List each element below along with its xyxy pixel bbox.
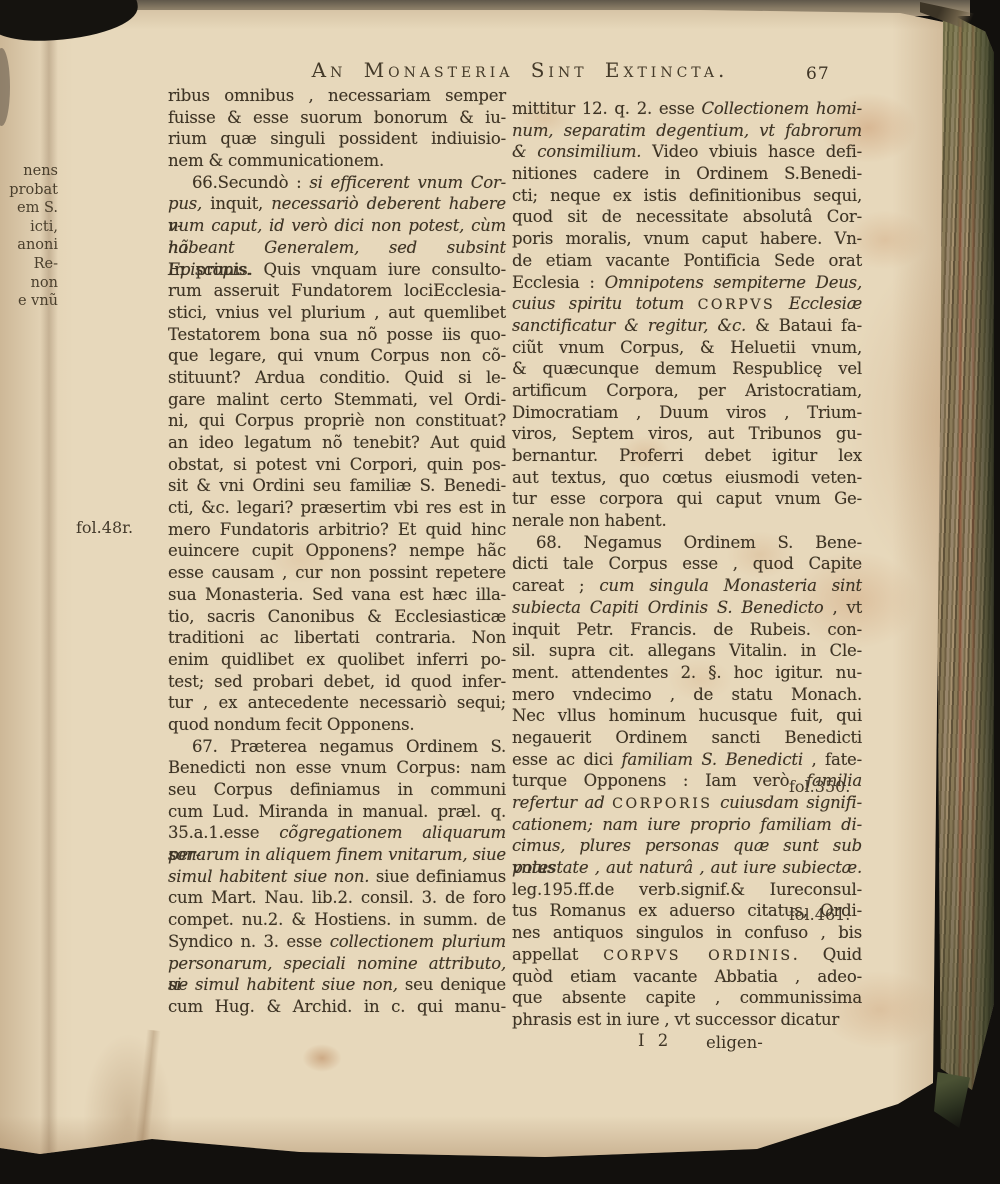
text-line: Ecclesia : Omnipotens sempiterne Deus, (512, 272, 862, 294)
text-line: subiecta Capiti Ordinis S. Benedicto , v… (512, 597, 862, 619)
text-line: mero Fundatoris arbitrio? Et quid hinc (168, 519, 506, 541)
text-line: leg.195.ff.de verb.signif.& Iureconsul- (512, 879, 862, 901)
text-line: personarum, speciali nomine attributo, s… (168, 953, 506, 975)
book-page: An Monasteria Sint Extincta. 67 ribus om… (0, 0, 952, 1162)
text-line: nerale non habent. (512, 510, 862, 532)
margin-note-fol461: fol.461. (789, 905, 850, 924)
text-line: nens (0, 162, 58, 181)
text-line: sit & vni Ordini seu familiæ S. Benedi- (168, 475, 506, 497)
text-line: 35.a.1.esse cõgregationem aliquarum per- (168, 822, 506, 844)
text-line: tur esse corpora qui caput vnum Ge- (512, 488, 862, 510)
text-line: poris moralis, vnum caput habere. Vn- (512, 228, 862, 250)
book-fore-edge (936, 10, 994, 1090)
page-number: 67 (806, 64, 830, 84)
text-line: an ideo legatum nõ tenebit? Aut quid (168, 432, 506, 454)
text-line: quod sit de necessitate absolutâ Cor- (512, 206, 862, 228)
text-line: de etiam vacante Pontificia Sede orat (512, 250, 862, 272)
text-line: e vnũ (0, 292, 58, 311)
text-line: & quæcunque demum Respublicę vel (512, 358, 862, 380)
text-line: num caput, id verò dici non potest, cùm … (168, 215, 506, 237)
text-line: cti, &c. legari? præsertim vbi res est i… (168, 497, 506, 519)
catchword: eligen- (706, 1033, 763, 1052)
text-line: inquit Petr. Francis. de Rubeis. con- (512, 619, 862, 641)
gutter-margin-fragments: nensprobatem S.icti,anoniRe-none vnũ (0, 162, 58, 311)
text-line: que absente capite , communissima (512, 987, 862, 1009)
text-line: enim quidlibet ex quolibet inferri po- (168, 649, 506, 671)
text-line: ni, qui Corpus propriè non constituat? (168, 410, 506, 432)
text-line: artificum Corpora, per Aristocratiam, (512, 380, 862, 402)
text-line: traditioni ac libertati contraria. Non (168, 627, 506, 649)
text-line: Syndico n. 3. esse collectionem plurium (168, 931, 506, 953)
text-line: In primis. Quis vnquam iure consulto- (168, 259, 506, 281)
running-header: An Monasteria Sint Extincta. (250, 58, 790, 82)
text-line: obstat, si potest vni Corpori, quin pos- (168, 454, 506, 476)
text-line: anoni (0, 236, 58, 255)
text-line: rum asseruit Fundatorem lociEcclesia- (168, 280, 506, 302)
text-line: mittitur 12. q. 2. esse Collectionem hom… (512, 98, 862, 120)
text-line: 66.Secundò : si efficerent vnum Cor- (168, 172, 506, 194)
text-line: quòd etiam vacante Abbatia , adeo- (512, 966, 862, 988)
text-line: stici, vnius vel plurium , aut quemlibet (168, 302, 506, 324)
text-line: esse causam , cur non possint repetere (168, 562, 506, 584)
text-line: dicti tale Corpus esse , quod Capite (512, 553, 862, 575)
text-line: 68. Negamus Ordinem S. Bene- (512, 532, 862, 554)
text-line: non (0, 274, 58, 293)
text-line: cum Mart. Nau. lib.2. consil. 3. de foro (168, 887, 506, 909)
text-line: quod nondum fecit Opponens. (168, 714, 506, 736)
text-line: cimus, plures personas quæ sunt sub vniu… (512, 835, 862, 857)
text-line: Re- (0, 255, 58, 274)
text-line: gare malint certo Stemmati, vel Ordi- (168, 389, 506, 411)
text-line: ment. attendentes 2. §. hoc igitur. nu- (512, 662, 862, 684)
text-line: tio, sacris Canonibus & Ecclesiasticæ (168, 606, 506, 628)
text-line: sonarum in aliquem finem vnitarum, siue (168, 844, 506, 866)
text-line: sanctificatur & regitur, &c. & Bataui fa… (512, 315, 862, 337)
text-line: nes antiquos singulos in confuso , bis (512, 922, 862, 944)
margin-note-fol48: fol.48r. (76, 518, 133, 537)
text-line: compet. nu.2. & Hostiens. in summ. de (168, 909, 506, 931)
text-line: aut textus, quo cœtus eiusmodi veten- (512, 467, 862, 489)
text-line: phrasis est in iure , vt successor dicat… (512, 1009, 862, 1031)
text-line: habeant Generalem, sed subsint Episcopis… (168, 237, 506, 259)
fore-edge-bottom-corner (934, 1072, 970, 1128)
text-line: & consimilium. Video vbiuis hasce defi- (512, 141, 862, 163)
text-line: rium quæ singuli possident indiuisio- (168, 128, 506, 150)
text-line: cum Lud. Miranda in manual. præl. q. (168, 801, 506, 823)
text-line: bernantur. Proferri debet igitur lex (512, 445, 862, 467)
text-line: Benedicti non esse vnum Corpus: nam (168, 757, 506, 779)
text-line: 67. Præterea negamus Ordinem S. (168, 736, 506, 758)
text-column-right: mittitur 12. q. 2. esse Collectionem hom… (512, 98, 862, 1031)
margin-note-fol350: fol.350. (789, 777, 850, 796)
text-line: sua Monasteria. Sed vana est hæc illa- (168, 584, 506, 606)
text-column-left: ribus omnibus , necessariam semperfuisse… (168, 85, 506, 1018)
text-line: esse ac dici familiam S. Benedicti , fat… (512, 749, 862, 771)
text-line: tur , ex antecedente necessariò sequi; (168, 692, 506, 714)
scanned-book-photo: An Monasteria Sint Extincta. 67 ribus om… (0, 0, 1000, 1184)
text-line: stituunt? Ardua conditio. Quid si le- (168, 367, 506, 389)
text-line: mero vndecimo , de statu Monach. (512, 684, 862, 706)
text-line: appellat CORPVS ORDINIS. Quid (512, 944, 862, 966)
signature-mark: I 2 (638, 1031, 668, 1050)
text-line: potestate , aut naturâ , aut iure subiec… (512, 857, 862, 879)
text-line: nem & communicationem. (168, 150, 506, 172)
text-line: pus, inquit, necessariò deberent habere … (168, 193, 506, 215)
text-line: euincere cupit Opponens? nempe hãc (168, 540, 506, 562)
text-line: negauerit Ordinem sancti Benedicti (512, 727, 862, 749)
text-line: icti, (0, 218, 58, 237)
text-line: cationem; nam iure proprio familiam di- (512, 814, 862, 836)
text-line: simul habitent siue non. siue definiamus (168, 866, 506, 888)
text-line: nitiones cadere in Ordinem S.Benedi- (512, 163, 862, 185)
text-line: Dimocratiam , Duum viros , Trium- (512, 402, 862, 424)
text-line: seu Corpus definiamus in communi (168, 779, 506, 801)
text-line: sil. supra cit. allegans Vitalin. in Cle… (512, 640, 862, 662)
text-line: viros, Septem viros, aut Tribunos gu- (512, 423, 862, 445)
bottom-fold-crease (133, 1030, 161, 1161)
text-line: ue simul habitent siue non, seu denique (168, 974, 506, 996)
text-line: ciũt vnum Corpus, & Heluetii vnum, (512, 337, 862, 359)
text-line: cuius spiritu totum CORPVS Ecclesiæ (512, 293, 862, 315)
text-line: num, separatim degentium, vt fabrorum (512, 120, 862, 142)
text-line: probat (0, 181, 58, 200)
text-line: test; sed probari debet, id quod infer- (168, 671, 506, 693)
text-line: ribus omnibus , necessariam semper (168, 85, 506, 107)
text-line: Testatorem bona sua nõ posse iis quo- (168, 324, 506, 346)
text-line: cti; neque ex istis definitionibus sequi… (512, 185, 862, 207)
text-line: fuisse & esse suorum bonorum & iu- (168, 107, 506, 129)
text-line: em S. (0, 199, 58, 218)
text-line: careat ; cum singula Monasteria sint (512, 575, 862, 597)
text-line: que legare, qui vnum Corpus non cõ- (168, 345, 506, 367)
text-line: Nec vllus hominum hucusque fuit, qui (512, 705, 862, 727)
text-line: cum Hug. & Archid. in c. qui manu- (168, 996, 506, 1018)
